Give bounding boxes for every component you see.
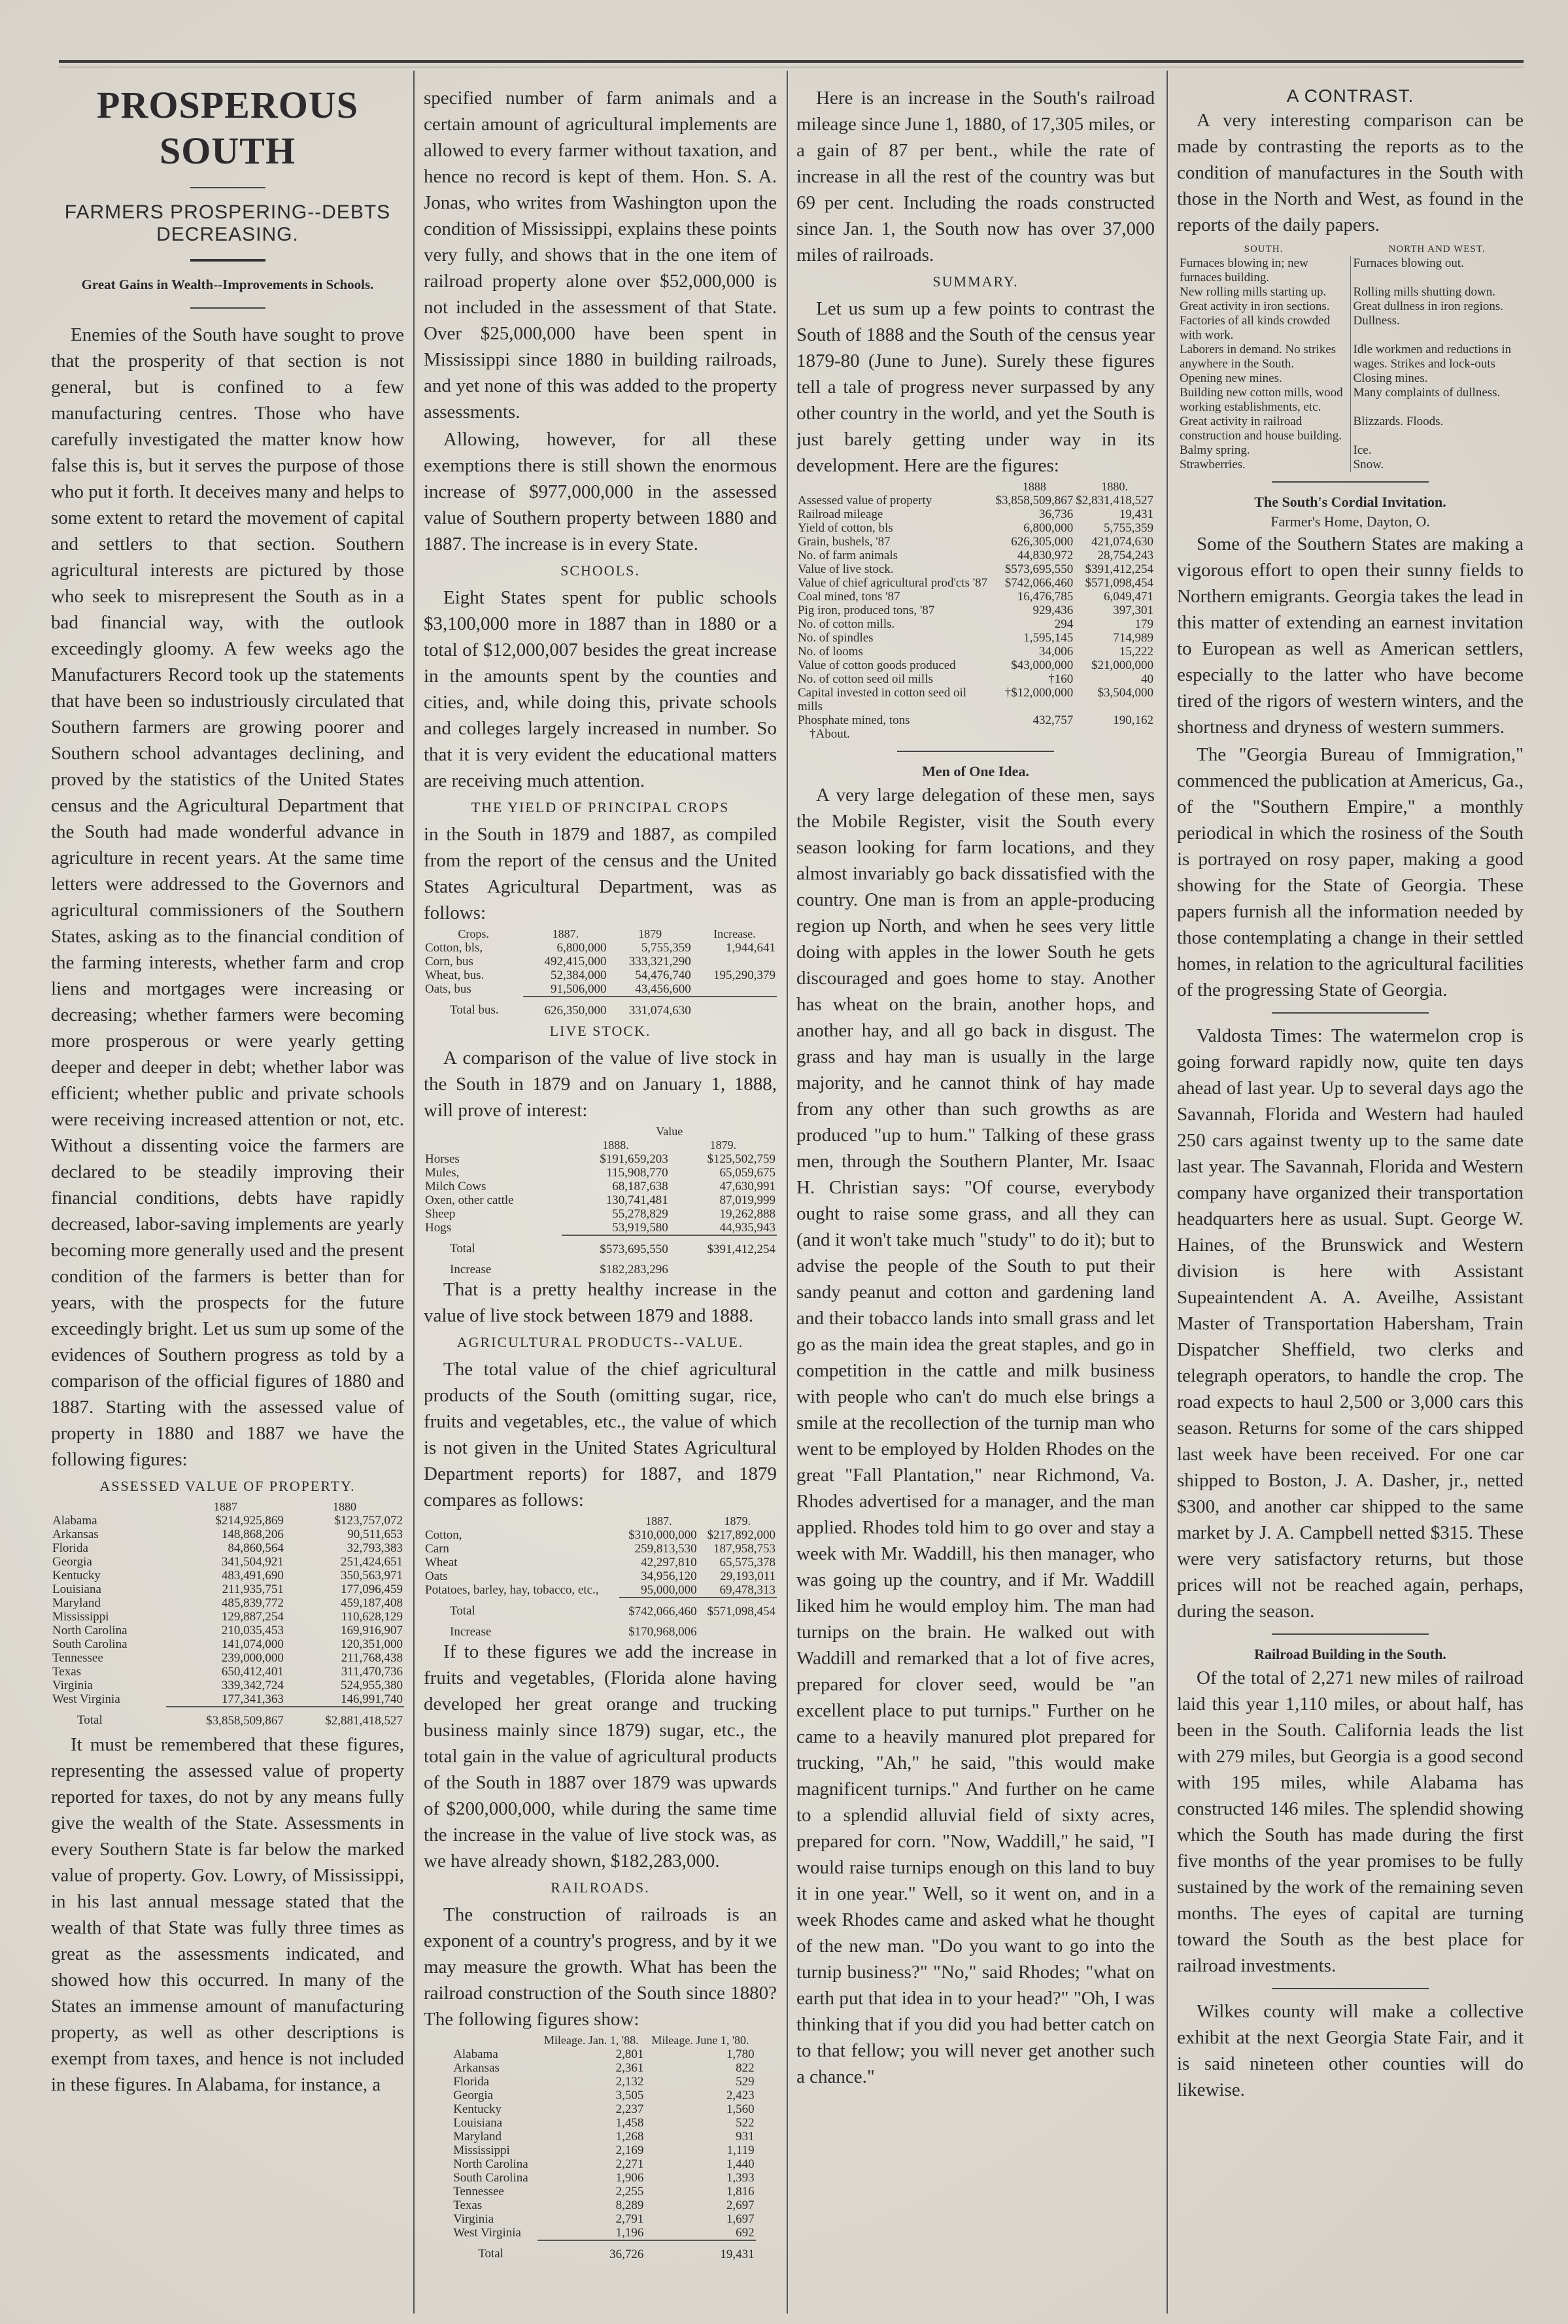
cell-value: †$12,000,000 — [995, 686, 1075, 713]
divider — [1272, 1012, 1429, 1014]
cell-value: 19,431 — [1074, 507, 1155, 521]
cell-value: 211,935,751 — [166, 1582, 285, 1596]
cell-value: 34,006 — [995, 645, 1075, 658]
cell-value: 397,301 — [1074, 604, 1155, 617]
row-label: Wheat, bus. — [424, 968, 523, 982]
north-west-item: Furnaces blowing out. — [1350, 256, 1524, 285]
cell-value: 47,630,991 — [670, 1180, 777, 1193]
column-header: Increase. — [692, 927, 777, 941]
row-label: Assessed value of property — [796, 494, 995, 507]
article-paragraph: A comparison of the value of live stock … — [424, 1045, 777, 1123]
cell-value: $571,098,454 — [698, 1598, 777, 1618]
cell-value: 931 — [645, 2130, 755, 2144]
table-row: No. of spindles1,595,145714,989 — [796, 631, 1155, 645]
cell-value: 714,989 — [1074, 631, 1155, 645]
table-row: North Carolina210,035,453169,916,907 — [51, 1624, 404, 1637]
cell-value: 36,736 — [995, 507, 1075, 521]
contrast-row: Balmy spring.Ice. — [1177, 443, 1524, 458]
row-label: Tennessee — [51, 1651, 166, 1665]
cell-value: 341,504,921 — [166, 1555, 285, 1569]
row-label: Total — [51, 1707, 166, 1728]
column-header: 1887. — [523, 927, 607, 941]
row-label: No. of farm animals — [796, 549, 995, 562]
cell-value: 95,000,000 — [619, 1583, 698, 1598]
cell-value: $742,066,460 — [619, 1598, 698, 1618]
table-row: Alabama$214,925,869$123,757,072 — [51, 1514, 404, 1528]
cell-value: 483,491,690 — [166, 1569, 285, 1582]
article-paragraph: Some of the Southern States are making a… — [1177, 531, 1524, 740]
cell-value: 350,563,971 — [285, 1569, 404, 1582]
table-row: Arkansas2,361822 — [452, 2061, 755, 2075]
contrast-row: Opening new mines.Closing mines. — [1177, 371, 1524, 386]
cell-value: 2,169 — [537, 2144, 645, 2157]
row-label: Louisiana — [452, 2116, 537, 2130]
column-header: 1888. — [562, 1138, 669, 1152]
column-4: A CONTRAST. A very interesting compariso… — [1177, 73, 1524, 2316]
row-label: No. of looms — [796, 645, 995, 658]
cell-value: $571,098,454 — [1074, 576, 1155, 590]
table-row: North Carolina2,2711,440 — [452, 2157, 755, 2171]
row-label: West Virginia — [452, 2226, 537, 2240]
divider — [190, 259, 265, 262]
south-item: Building new cotton mills, wood working … — [1177, 386, 1350, 415]
table-row: No. of looms34,00615,222 — [796, 645, 1155, 658]
cell-value: 146,991,740 — [285, 1692, 404, 1707]
row-label: Coal mined, tons '87 — [796, 590, 995, 604]
cell-value: 53,919,580 — [562, 1221, 669, 1235]
north-west-item: Blizzards. Floods. — [1350, 415, 1524, 443]
row-label: North Carolina — [452, 2157, 537, 2171]
table-row: Wheat42,297,81065,575,378 — [424, 1556, 777, 1569]
cell-value: 492,415,000 — [523, 955, 607, 968]
total-row: Total$573,695,550$391,412,254 — [424, 1235, 777, 1256]
south-item: Strawberries. — [1177, 458, 1350, 472]
cell-value: 44,935,943 — [670, 1221, 777, 1235]
row-label: Yield of cotton, bls — [796, 521, 995, 535]
row-label: Capital invested in cotton seed oil mill… — [796, 686, 995, 713]
column-3: Here is an increase in the South's railr… — [796, 73, 1155, 2316]
article-paragraph: A very interesting comparison can be mad… — [1177, 107, 1524, 238]
contrast-row: Great activity in iron sections.Great du… — [1177, 299, 1524, 314]
article-paragraph: Valdosta Times: The watermelon crop is g… — [1177, 1023, 1524, 1624]
cell-value: $2,881,418,527 — [285, 1707, 404, 1728]
cell-value: 1,595,145 — [995, 631, 1075, 645]
cell-value: 2,255 — [537, 2185, 645, 2198]
cell-value: 529 — [645, 2075, 755, 2089]
table-row: Pig iron, produced tons, '87929,436397,3… — [796, 604, 1155, 617]
column-divider — [1167, 71, 1168, 2314]
railroad-mileage-table: Mileage. Jan. 1, '88. Mileage. June 1, '… — [452, 2034, 755, 2261]
north-west-item: Idle workmen and reductions in wages. St… — [1350, 343, 1524, 371]
table-title: ASSESSED VALUE OF PROPERTY. — [51, 1475, 404, 1497]
top-rule — [59, 60, 1524, 63]
cell-value: 211,768,438 — [285, 1651, 404, 1665]
column-header: 1880 — [285, 1500, 404, 1514]
cell-value: †160 — [995, 672, 1075, 686]
contrast-row: Building new cotton mills, wood working … — [1177, 386, 1524, 415]
cell-value: 650,412,401 — [166, 1665, 285, 1679]
cell-value: 2,423 — [645, 2089, 755, 2102]
row-label: Phosphate mined, tons — [796, 713, 995, 727]
total-row: Total bus.626,350,000331,074,630 — [424, 997, 777, 1017]
article-paragraph: specified number of farm animals and a c… — [424, 85, 777, 425]
cell-value: 5,755,359 — [608, 941, 692, 955]
column-header — [424, 1138, 562, 1152]
row-label: Arkansas — [51, 1528, 166, 1541]
cell-value: $573,695,550 — [562, 1235, 669, 1256]
row-label: Oxen, other cattle — [424, 1193, 562, 1207]
cell-value: 54,476,740 — [608, 968, 692, 982]
north-west-item: Dullness. — [1350, 314, 1524, 343]
section-heading: RAILROADS. — [424, 1877, 777, 1899]
table-row: Milch Cows68,187,63847,630,991 — [424, 1180, 777, 1193]
article-paragraph: That is a pretty healthy increase in the… — [424, 1276, 777, 1329]
divider — [897, 751, 1054, 752]
cell-value: 6,800,000 — [523, 941, 607, 955]
south-item: Great activity in iron sections. — [1177, 299, 1350, 314]
cell-value: 626,350,000 — [523, 997, 607, 1017]
row-label: Arkansas — [452, 2061, 537, 2075]
row-label: Georgia — [51, 1555, 166, 1569]
cell-value: 485,839,772 — [166, 1596, 285, 1610]
table-row: Value of live stock.$573,695,550$391,412… — [796, 562, 1155, 576]
cell-value: 459,187,408 — [285, 1596, 404, 1610]
row-label: Value of chief agricultural prod'cts '87 — [796, 576, 995, 590]
summary-table: 1888 1880. Assessed value of property$3,… — [796, 480, 1155, 727]
column-2: specified number of farm animals and a c… — [424, 73, 777, 2316]
livestock-table: Value 1888. 1879. Horses$191,659,203$125… — [424, 1125, 777, 1276]
cell-value: 1,816 — [645, 2185, 755, 2198]
row-label: Virginia — [51, 1679, 166, 1692]
cell-value: 239,000,000 — [166, 1651, 285, 1665]
cell-value: $191,659,203 — [562, 1152, 669, 1166]
footnote: †About. — [796, 727, 1155, 742]
table-row: Phosphate mined, tons432,757190,162 — [796, 713, 1155, 727]
cell-value: 40 — [1074, 672, 1155, 686]
assessed-value-table: 1887 1880 Alabama$214,925,869$123,757,07… — [51, 1500, 404, 1728]
table-row: No. of farm animals44,830,97228,754,243 — [796, 549, 1155, 562]
cell-value: 294 — [995, 617, 1075, 631]
south-item: Opening new mines. — [1177, 371, 1350, 386]
table-row: Florida84,860,56432,793,383 — [51, 1541, 404, 1555]
cell-value: $3,858,509,867 — [166, 1707, 285, 1728]
cell-value: 2,361 — [537, 2061, 645, 2075]
cell-value: 90,511,653 — [285, 1528, 404, 1541]
article-paragraph: in the South in 1879 and 1887, as compil… — [424, 821, 777, 926]
table-row: Texas650,412,401311,470,736 — [51, 1665, 404, 1679]
cell-value: 1,560 — [645, 2102, 755, 2116]
cell-value: 195,290,379 — [692, 968, 777, 982]
row-label: South Carolina — [51, 1637, 166, 1651]
row-label: Wheat — [424, 1556, 619, 1569]
cell-value: 65,575,378 — [698, 1556, 777, 1569]
contrast-table: SOUTH. NORTH AND WEST. Furnaces blowing … — [1177, 242, 1524, 472]
total-row: Increase$182,283,296 — [424, 1256, 777, 1276]
row-label: Mississippi — [452, 2144, 537, 2157]
cell-value: $170,968,006 — [619, 1618, 698, 1639]
table-row: Louisiana211,935,751177,096,459 — [51, 1582, 404, 1596]
table-row: Mississippi129,887,254110,628,129 — [51, 1610, 404, 1624]
cell-value: 28,754,243 — [1074, 549, 1155, 562]
cell-value: 65,059,675 — [670, 1166, 777, 1180]
north-west-item: Closing mines. — [1350, 371, 1524, 386]
cell-value: 68,187,638 — [562, 1180, 669, 1193]
cell-value: 177,341,363 — [166, 1692, 285, 1707]
cell-value: 5,755,359 — [1074, 521, 1155, 535]
table-row: Kentucky483,491,690350,563,971 — [51, 1569, 404, 1582]
cell-value: 69,478,313 — [698, 1583, 777, 1598]
divider — [190, 187, 265, 188]
column-header: SOUTH. — [1177, 242, 1350, 256]
section-heading: AGRICULTURAL PRODUCTS--VALUE. — [424, 1331, 777, 1354]
cell-value: 2,791 — [537, 2212, 645, 2226]
north-west-item: Ice. — [1350, 443, 1524, 458]
table-row: Tennessee239,000,000211,768,438 — [51, 1651, 404, 1665]
cell-value: $21,000,000 — [1074, 658, 1155, 672]
cell-value: $3,858,509,867 — [995, 494, 1075, 507]
section-heading: SUMMARY. — [796, 271, 1155, 293]
cell-value: 339,342,724 — [166, 1679, 285, 1692]
cell-value: 8,289 — [537, 2198, 645, 2212]
row-label: Sheep — [424, 1207, 562, 1221]
cell-value: 259,813,530 — [619, 1542, 698, 1556]
article-paragraph: Let us sum up a few points to contrast t… — [796, 296, 1155, 479]
row-label: Georgia — [452, 2089, 537, 2102]
cell-value: 2,271 — [537, 2157, 645, 2171]
cell-value: 120,351,000 — [285, 1637, 404, 1651]
column-header — [452, 2034, 537, 2047]
section-heading: LIVE STOCK. — [424, 1020, 777, 1042]
cell-value: $391,412,254 — [1074, 562, 1155, 576]
table-row: Virginia2,7911,697 — [452, 2212, 755, 2226]
cell-value: $742,066,460 — [995, 576, 1075, 590]
cell-value: $125,502,759 — [670, 1152, 777, 1166]
column-header: Mileage. Jan. 1, '88. — [537, 2034, 645, 2047]
table-row: Carn259,813,530187,958,753 — [424, 1542, 777, 1556]
row-label: Hogs — [424, 1221, 562, 1235]
table-row: Mississippi2,1691,119 — [452, 2144, 755, 2157]
cell-value — [692, 997, 777, 1017]
cell-value — [692, 955, 777, 968]
column-header: 1879 — [608, 927, 692, 941]
cell-value: 626,305,000 — [995, 535, 1075, 549]
contrast-row: Furnaces blowing in; new furnaces buildi… — [1177, 256, 1524, 285]
cell-value: 1,119 — [645, 2144, 755, 2157]
article-paragraph: The total value of the chief agricultura… — [424, 1356, 777, 1513]
table-row: Georgia341,504,921251,424,651 — [51, 1555, 404, 1569]
contrast-row: New rolling mills starting up.Rolling mi… — [1177, 285, 1524, 299]
contrast-row: Laborers in demand. No strikes anywhere … — [1177, 343, 1524, 371]
north-west-item: Many complaints of dullness. — [1350, 386, 1524, 415]
column-divider — [787, 71, 788, 2314]
cell-value: 129,887,254 — [166, 1610, 285, 1624]
row-label: No. of spindles — [796, 631, 995, 645]
row-label: Louisiana — [51, 1582, 166, 1596]
cell-value: 87,019,999 — [670, 1193, 777, 1207]
cell-value: 432,757 — [995, 713, 1075, 727]
column-header: 1879. — [698, 1514, 777, 1528]
column-header: 1879. — [670, 1138, 777, 1152]
article-paragraph: Eight States spent for public schools $3… — [424, 585, 777, 794]
south-item: New rolling mills starting up. — [1177, 285, 1350, 299]
column-header: 1880. — [1074, 480, 1155, 494]
agricultural-products-table: 1887. 1879. Cotton,$310,000,000$217,892,… — [424, 1514, 777, 1639]
article-heading: Men of One Idea. — [796, 761, 1155, 782]
table-row: Cotton,$310,000,000$217,892,000 — [424, 1528, 777, 1542]
cell-value: 522 — [645, 2116, 755, 2130]
table-row: Maryland1,268931 — [452, 2130, 755, 2144]
cell-value: 43,456,600 — [608, 982, 692, 997]
south-item: Laborers in demand. No strikes anywhere … — [1177, 343, 1350, 371]
table-row: South Carolina1,9061,393 — [452, 2171, 755, 2185]
table-row: Virginia339,342,724524,955,380 — [51, 1679, 404, 1692]
row-label: Mules, — [424, 1166, 562, 1180]
row-label: South Carolina — [452, 2171, 537, 2185]
newspaper-page: PROSPEROUS SOUTH FARMERS PROSPERING--DEB… — [0, 0, 1568, 2324]
table-row: Assessed value of property$3,858,509,867… — [796, 494, 1155, 507]
table-row: Alabama2,8011,780 — [452, 2047, 755, 2061]
article-paragraph: It must be remembered that these figures… — [51, 1732, 404, 2098]
subheadline: FARMERS PROSPERING--DEBTS DECREASING. — [51, 201, 404, 246]
table-row: Texas8,2892,697 — [452, 2198, 755, 2212]
cell-value: 1,268 — [537, 2130, 645, 2144]
table-row: Sheep55,278,82919,262,888 — [424, 1207, 777, 1221]
row-label: Mississippi — [51, 1610, 166, 1624]
table-row: Value of chief agricultural prod'cts '87… — [796, 576, 1155, 590]
divider — [1272, 481, 1429, 483]
row-label: Florida — [51, 1541, 166, 1555]
row-label: Cotton, — [424, 1528, 619, 1542]
cell-value: 6,800,000 — [995, 521, 1075, 535]
cell-value: 42,297,810 — [619, 1556, 698, 1569]
table-row: Corn, bus492,415,000333,321,290 — [424, 955, 777, 968]
divider — [1272, 1633, 1429, 1635]
article-paragraph: If to these figures we add the increase … — [424, 1639, 777, 1874]
deck: Great Gains in Wealth--Improvements in S… — [51, 275, 404, 294]
cell-value: 29,193,011 — [698, 1569, 777, 1583]
cell-value: 187,958,753 — [698, 1542, 777, 1556]
cell-value: 2,697 — [645, 2198, 755, 2212]
table-row: Wheat, bus.52,384,00054,476,740195,290,3… — [424, 968, 777, 982]
row-label: Maryland — [452, 2130, 537, 2144]
article-paragraph: Wilkes county will make a collective exh… — [1177, 1998, 1524, 2103]
article-paragraph: The construction of railroads is an expo… — [424, 1902, 777, 2032]
cell-value: 141,074,000 — [166, 1637, 285, 1651]
cell-value: 210,035,453 — [166, 1624, 285, 1637]
value-label: Value — [562, 1125, 777, 1138]
table-row: Oats, bus91,506,00043,456,600 — [424, 982, 777, 997]
row-label: North Carolina — [51, 1624, 166, 1637]
crops-table: Crops. 1887. 1879 Increase. Cotton, bls,… — [424, 927, 777, 1017]
row-label: Value of live stock. — [796, 562, 995, 576]
cell-value: 692 — [645, 2226, 755, 2240]
section-heading: THE YIELD OF PRINCIPAL CROPS — [424, 796, 777, 819]
cell-value: 929,436 — [995, 604, 1075, 617]
table-row: Georgia3,5052,423 — [452, 2089, 755, 2102]
cell-value: $310,000,000 — [619, 1528, 698, 1542]
row-label: Horses — [424, 1152, 562, 1166]
cell-value: $391,412,254 — [670, 1235, 777, 1256]
cell-value: 19,262,888 — [670, 1207, 777, 1221]
column-header — [424, 1514, 619, 1528]
row-label: Potatoes, barley, hay, tobacco, etc., — [424, 1583, 619, 1598]
contrast-row: Great activity in railroad construction … — [1177, 415, 1524, 443]
cell-value: 169,916,907 — [285, 1624, 404, 1637]
south-item: Balmy spring. — [1177, 443, 1350, 458]
cell-value: 91,506,000 — [523, 982, 607, 997]
row-label: Oats — [424, 1569, 619, 1583]
column-header — [51, 1500, 166, 1514]
cell-value: 251,424,651 — [285, 1555, 404, 1569]
row-label: No. of cotton seed oil mills — [796, 672, 995, 686]
row-label: Oats, bus — [424, 982, 523, 997]
row-label: Grain, bushels, '87 — [796, 535, 995, 549]
column-header: Crops. — [424, 927, 523, 941]
article-paragraph: A very large delegation of these men, sa… — [796, 782, 1155, 2090]
divider — [1272, 1988, 1429, 1989]
row-label: Increase — [424, 1256, 562, 1276]
column-1: PROSPEROUS SOUTH FARMERS PROSPERING--DEB… — [51, 73, 404, 2316]
cell-value: 55,278,829 — [562, 1207, 669, 1221]
column-header: 1888 — [995, 480, 1075, 494]
row-label: No. of cotton mills. — [796, 617, 995, 631]
column-header: NORTH AND WEST. — [1350, 242, 1524, 256]
article-paragraph: Allowing, however, for all these exempti… — [424, 426, 777, 557]
article-heading: Railroad Building in the South. — [1177, 1644, 1524, 1665]
row-label: Kentucky — [51, 1569, 166, 1582]
table-row: Value of cotton goods produced$43,000,00… — [796, 658, 1155, 672]
row-label: Carn — [424, 1542, 619, 1556]
article-paragraph: Of the total of 2,271 new miles of railr… — [1177, 1665, 1524, 1979]
table-row: Mules,115,908,77065,059,675 — [424, 1166, 777, 1180]
row-label: Increase — [424, 1618, 619, 1639]
cell-value: 148,868,206 — [166, 1528, 285, 1541]
table-row: Potatoes, barley, hay, tobacco, etc.,95,… — [424, 1583, 777, 1598]
table-row: Oxen, other cattle130,741,48187,019,999 — [424, 1193, 777, 1207]
top-rule-thin — [59, 67, 1524, 67]
cell-value: 6,049,471 — [1074, 590, 1155, 604]
cell-value: 130,741,481 — [562, 1193, 669, 1207]
row-label: Total — [452, 2240, 537, 2261]
row-label: Corn, bus — [424, 955, 523, 968]
cell-value: $2,831,418,527 — [1074, 494, 1155, 507]
cell-value: 1,196 — [537, 2226, 645, 2240]
cell-value: 333,321,290 — [608, 955, 692, 968]
cell-value: 524,955,380 — [285, 1679, 404, 1692]
table-row: Oats34,956,12029,193,011 — [424, 1569, 777, 1583]
row-label: Total — [424, 1235, 562, 1256]
row-label: Alabama — [452, 2047, 537, 2061]
table-row: No. of cotton seed oil mills†16040 — [796, 672, 1155, 686]
table-row: Grain, bushels, '87626,305,000421,074,63… — [796, 535, 1155, 549]
contrast-row: Factories of all kinds crowded with work… — [1177, 314, 1524, 343]
contrast-row: Strawberries.Snow. — [1177, 458, 1524, 472]
table-row: West Virginia177,341,363146,991,740 — [51, 1692, 404, 1707]
total-row: Increase$170,968,006 — [424, 1618, 777, 1639]
row-label: Total — [424, 1598, 619, 1618]
cell-value: 115,908,770 — [562, 1166, 669, 1180]
table-row: Horses$191,659,203$125,502,759 — [424, 1152, 777, 1166]
table-row: South Carolina141,074,000120,351,000 — [51, 1637, 404, 1651]
cell-value: $43,000,000 — [995, 658, 1075, 672]
row-label: Texas — [51, 1665, 166, 1679]
row-label: Florida — [452, 2075, 537, 2089]
article-heading: The South's Cordial Invitation. — [1177, 492, 1524, 513]
south-item: Furnaces blowing in; new furnaces buildi… — [1177, 256, 1350, 285]
cell-value — [692, 982, 777, 997]
cell-value: 190,162 — [1074, 713, 1155, 727]
cell-value: $3,504,000 — [1074, 686, 1155, 713]
